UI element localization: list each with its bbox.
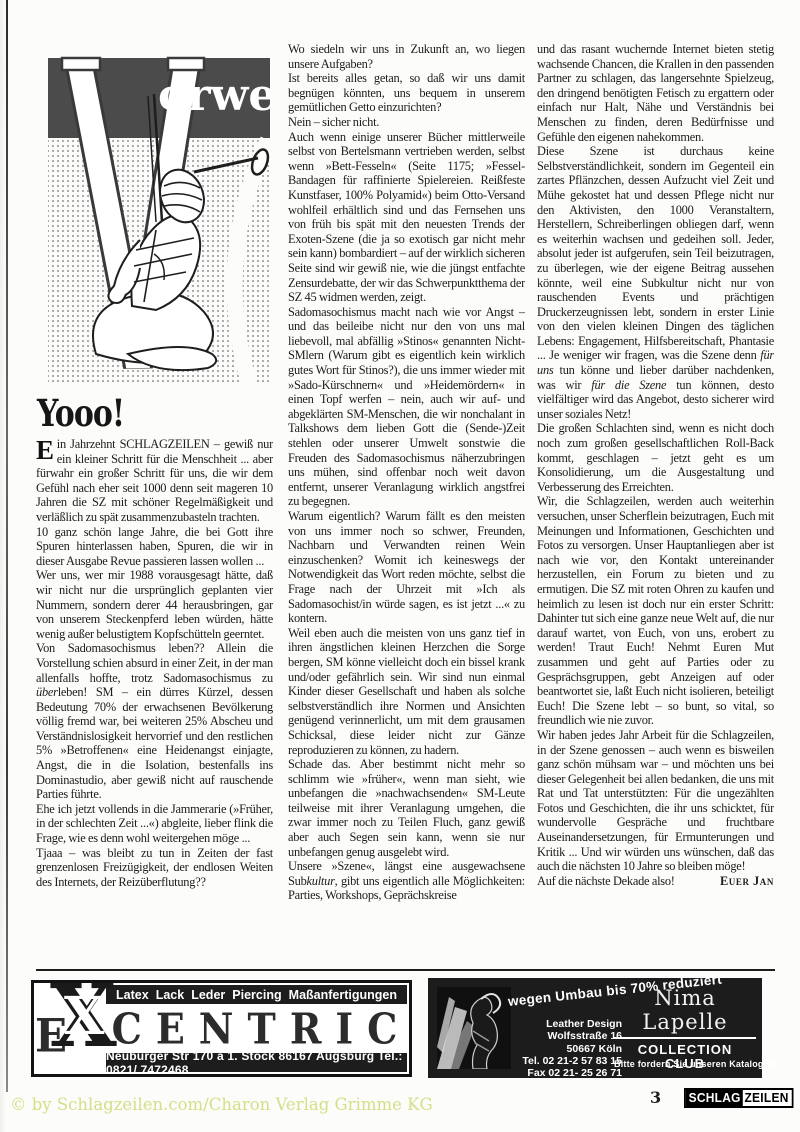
schlagzeilen-logo: SCHLAG ZEILEN: [684, 1088, 793, 1108]
list-item: Maßanfertigungen: [289, 988, 397, 1002]
body-text: Wer uns, wer mir 1988 vorausgesagt hätte…: [36, 568, 273, 640]
masthead-vorweg: orweg: [36, 54, 270, 386]
article-paragraph: Die großen Schlachten sind, wenn es nich…: [537, 421, 774, 494]
brand-divider: [614, 1037, 756, 1039]
body-text: in Jahrzehnt SCHLAGZEILEN – gewiß nur ei…: [36, 437, 273, 524]
body-text: Auch wenn einige unserer Bücher mittlerw…: [288, 130, 525, 305]
body-text: Warum eigentlich? Warum fällt es den mei…: [288, 509, 525, 625]
article-paragraph: Auch wenn einige unserer Bücher mittlerw…: [288, 130, 525, 305]
copyright-line: © by Schlagzeilen.com/Charon Verlag Grim…: [10, 1095, 433, 1114]
body-text: Auf die nächste Dekade also!: [537, 874, 675, 888]
body-text: Nein – sicher nicht.: [288, 115, 379, 129]
emphasized-text: kultur: [307, 874, 335, 888]
article-paragraph: Unsere »Szene«, längst eine ausgewachsen…: [288, 859, 525, 903]
excentric-x-mark: X X: [50, 967, 110, 1071]
brand-name: Nima Lapelle: [614, 986, 756, 1034]
body-text: Schade das. Aber bestimmt nicht mehr so …: [288, 757, 525, 859]
section-divider-rule: [36, 969, 775, 971]
list-item: Wolfsstraße 16: [512, 1030, 622, 1042]
drop-cap: E: [36, 437, 57, 463]
list-item: Latex: [116, 988, 149, 1002]
body-text: Ist bereits alles getan, so daß wir uns …: [288, 71, 525, 114]
body-text: Wir haben jedes Jahr Arbeit für die Schl…: [537, 728, 774, 873]
store-address: Leather DesignWolfsstraße 1650667 KölnTe…: [512, 1018, 622, 1079]
article-paragraph: Von Sadomasochismus leben?? Allein die V…: [36, 641, 273, 802]
article-paragraph: Sadomasochismus macht nach wie vor Angst…: [288, 305, 525, 509]
article-paragraph: Auf die nächste Dekade also!Euer Jan: [537, 874, 774, 889]
excentric-logo-left: E X X: [34, 983, 106, 1074]
article-paragraph: Diese Szene ist durchaus keine Selbstver…: [537, 144, 774, 421]
article-paragraph: Ein Jahrzehnt SCHLAGZEILEN – gewiß nur e…: [36, 437, 273, 525]
article-paragraph: Warum eigentlich? Warum fällt es den mei…: [288, 509, 525, 626]
list-item: Piercing: [232, 988, 281, 1002]
article-paragraph: Weil eben auch die meisten von uns ganz …: [288, 626, 525, 757]
body-text: Von Sadomasochismus leben?? Allein die V…: [36, 641, 273, 684]
body-text: und das rasant wuchernde Internet bieten…: [537, 42, 774, 144]
article-paragraph: Wir, die Schlagzeilen, werden auch weite…: [537, 494, 774, 728]
emphasized-text: für die Szene: [591, 378, 666, 392]
list-item: Leder: [191, 988, 225, 1002]
masthead-logo-text: orweg: [158, 70, 270, 121]
ad-excentric: E X X LatexLackLederPiercingMaßanfertigu…: [31, 980, 412, 1077]
body-text: Tjaaa – was bleibt zu tun in Zeiten der …: [36, 846, 273, 889]
body-text: Wir, die Schlagzeilen, werden auch weite…: [537, 494, 774, 727]
article-paragraph: Wo siedeln wir uns in Zukunft an, wo lie…: [288, 42, 525, 71]
article-paragraph: Ist bereits alles getan, so daß wir uns …: [288, 71, 525, 115]
author-signature: Euer Jan: [720, 874, 774, 889]
list-item: Leather Design: [512, 1018, 622, 1030]
body-text: 10 ganz schön lange Jahre, die bei Gott …: [36, 525, 273, 568]
excentric-address-bar: Neuburger Str 170 a 1. Stock 86167 Augsb…: [106, 1053, 407, 1072]
article-paragraph: Nein – sicher nicht.: [288, 115, 525, 130]
list-item: Lack: [156, 988, 185, 1002]
emphasized-text: über: [36, 685, 58, 699]
page-number: 3: [650, 1088, 661, 1107]
body-text: Wo siedeln wir uns in Zukunft an, wo lie…: [288, 42, 525, 71]
scan-edge-line: [6, 0, 8, 1092]
body-text: Weil eben auch die meisten von uns ganz …: [288, 626, 525, 757]
body-text: Sadomasochismus macht nach wie vor Angst…: [288, 305, 525, 509]
list-item: Fax 02 21- 25 26 71: [512, 1067, 622, 1079]
article-column-1: Ein Jahrzehnt SCHLAGZEILEN – gewiß nur e…: [36, 437, 273, 968]
ad-nima-lapelle: wegen Umbau bis 70% reduziert Leather De…: [428, 978, 762, 1078]
article-column-3: und das rasant wuchernde Internet bieten…: [537, 42, 774, 968]
article-headline: Yooo!: [37, 392, 124, 436]
body-text: Diese Szene ist durchaus keine Selbstver…: [537, 144, 774, 362]
collection-label-1: COLLECTION: [614, 1043, 756, 1057]
article-paragraph: Schade das. Aber bestimmt nicht mehr so …: [288, 757, 525, 859]
body-text: Ehe ich jetzt vollends in die Jammerarie…: [36, 802, 273, 845]
article-column-2: Wo siedeln wir uns in Zukunft an, wo lie…: [288, 42, 525, 968]
article-paragraph: Tjaaa – was bleibt zu tun in Zeiten der …: [36, 846, 273, 890]
list-item: 50667 Köln: [512, 1043, 622, 1055]
article-paragraph: 10 ganz schön lange Jahre, die bei Gott …: [36, 525, 273, 569]
logo-part-zeilen: ZEILEN: [743, 1090, 792, 1106]
body-text: leben! SM – ein dürres Kürzel, dessen Be…: [36, 685, 273, 801]
list-item: Tel. 02 21-2 57 83 15: [512, 1055, 622, 1067]
logo-part-schlag: SCHLAG: [686, 1090, 743, 1106]
excentric-name: CENTRIC: [106, 1002, 409, 1056]
article-paragraph: Wer uns, wer mir 1988 vorausgesagt hätte…: [36, 568, 273, 641]
article-paragraph: Ehe ich jetzt vollends in die Jammerarie…: [36, 802, 273, 846]
article-paragraph: Wir haben jedes Jahr Arbeit für die Schl…: [537, 728, 774, 874]
body-text: Die großen Schlachten sind, wenn es nich…: [537, 421, 774, 493]
article-paragraph: und das rasant wuchernde Internet bieten…: [537, 42, 774, 144]
model-photo: [437, 987, 511, 1069]
excentric-right: LatexLackLederPiercingMaßanfertigungen C…: [106, 983, 409, 1074]
magazine-page: orweg Yooo! Ein Jahrzehnt SCHLAGZEILEN –…: [0, 0, 800, 1132]
vorweg-illustration: orweg: [36, 54, 270, 386]
catalog-note: Bitte fordern Sie unseren Katalog an !: [614, 1059, 758, 1069]
